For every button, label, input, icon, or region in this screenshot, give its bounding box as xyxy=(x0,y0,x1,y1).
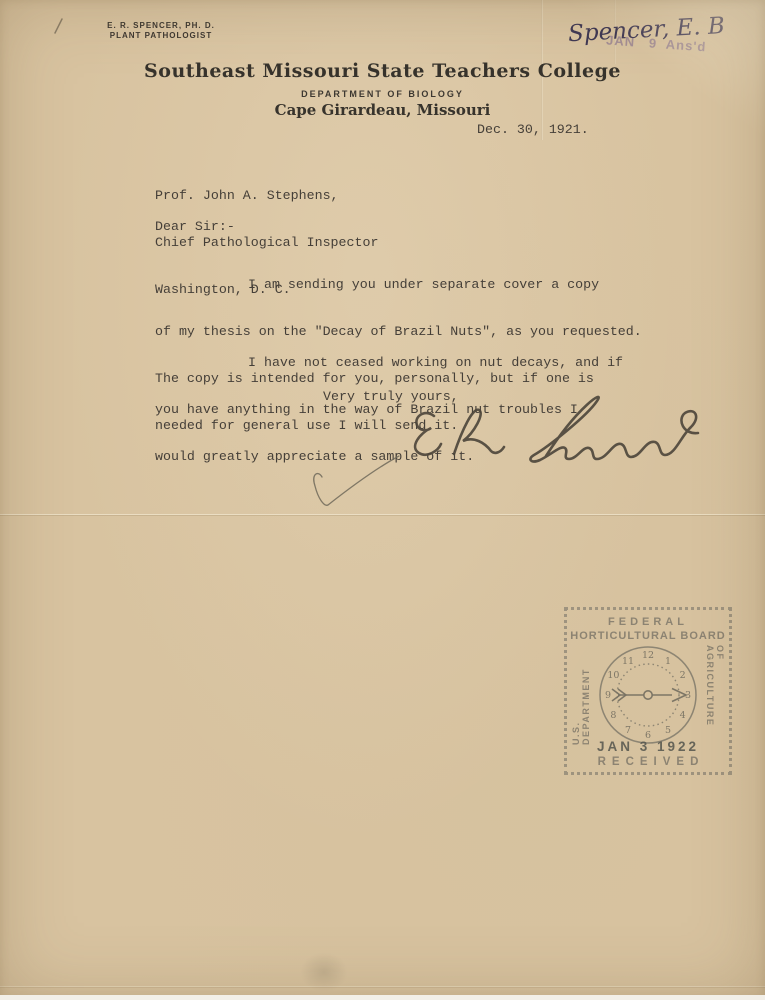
paragraph-line: I have not ceased working on nut decays,… xyxy=(248,355,623,371)
letterhead-location: Cape Girardeau, Missouri xyxy=(0,101,765,119)
letterhead-department: DEPARTMENT OF BIOLOGY xyxy=(0,89,765,99)
stamp-title-line1: FEDERAL xyxy=(562,616,734,628)
letter-date: Dec. 30, 1921. xyxy=(477,122,589,138)
svg-text:5: 5 xyxy=(665,725,671,736)
stamp-received-label: RECEIVED xyxy=(562,756,734,768)
svg-text:8: 8 xyxy=(610,710,616,721)
pen-tick-mark xyxy=(52,16,66,36)
svg-text:10: 10 xyxy=(607,670,619,681)
pencil-checkmark xyxy=(293,453,405,515)
paragraph-line: I am sending you under separate cover a … xyxy=(248,277,642,293)
svg-text:2: 2 xyxy=(680,670,686,681)
smudge-mark xyxy=(300,952,348,992)
svg-text:12: 12 xyxy=(642,650,654,661)
svg-text:7: 7 xyxy=(625,725,631,736)
letterhead-college-name: Southeast Missouri State Teachers Colleg… xyxy=(0,60,765,82)
clock-arrow-icon xyxy=(612,689,686,702)
stamp-left-text: U.S. DEPARTMENT xyxy=(571,645,591,745)
svg-text:1: 1 xyxy=(665,656,671,667)
stamp-clock-icon: 12 1 2 3 4 5 6 7 8 9 10 11 xyxy=(596,643,700,747)
scan-edge-bottom xyxy=(0,995,765,1000)
letterhead-sender-block: E. R. SPENCER, PH. D. PLANT PATHOLOGIST xyxy=(72,21,250,41)
svg-text:4: 4 xyxy=(680,710,686,721)
scanned-letter-page: E. R. SPENCER, PH. D. PLANT PATHOLOGIST … xyxy=(0,0,765,1000)
stamp-title-line2: HORTICULTURAL BOARD xyxy=(562,630,734,642)
svg-text:11: 11 xyxy=(622,656,634,667)
fold-crease-horizontal-bottom xyxy=(0,986,765,988)
stamp-right-text: OF AGRICULTURE xyxy=(705,645,725,745)
recipient-line: Prof. John A. Stephens, xyxy=(155,188,378,204)
letterhead-sender-name: E. R. SPENCER, PH. D. xyxy=(72,21,250,31)
received-stamp: FEDERAL HORTICULTURAL BOARD U.S. DEPARTM… xyxy=(562,605,734,777)
signature-ink xyxy=(398,388,710,474)
stamp-received-date: JAN 3 1922 xyxy=(562,739,734,754)
salutation: Dear Sir:- xyxy=(155,219,235,235)
svg-text:9: 9 xyxy=(605,690,611,701)
letterhead-sender-title: PLANT PATHOLOGIST xyxy=(72,31,250,41)
